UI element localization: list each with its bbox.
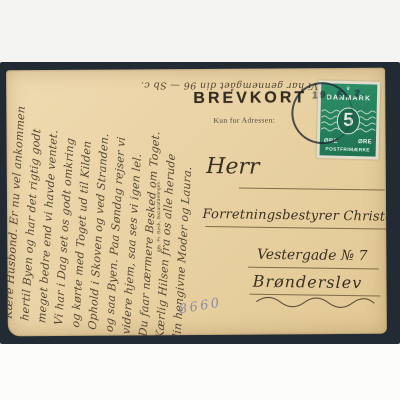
address-block: Herr Forretningsbestyrer Christensen Ves… [196, 152, 387, 325]
address-salutation: Herr [206, 154, 260, 180]
address-recipient: Forretningsbestyrer Christensen [202, 207, 386, 225]
postcard-scan: { "scene": { "background_color": "#f4f4f… [0, 0, 400, 400]
address-side-note: Kun for Adressen: [213, 115, 275, 124]
stamp-unit-right: ØRE [358, 139, 372, 145]
address-street: Vestergade № 7 [257, 247, 368, 265]
address-rule-line [239, 187, 385, 190]
stamp-bottom-label: POSTFRIMÆRKE [325, 147, 370, 154]
address-city: Brønderslev [253, 272, 363, 293]
message-block: Kære Husbond. Er nu vel ankommenhertil B… [6, 68, 212, 337]
scan-background-bottom [0, 344, 400, 400]
postcard-card: Vi har gennemgået din 96 — Sb c. BREVKOR… [6, 68, 387, 337]
flourish-underline [254, 296, 376, 310]
address-rule-line [205, 226, 387, 230]
address-rule-line [248, 267, 379, 270]
